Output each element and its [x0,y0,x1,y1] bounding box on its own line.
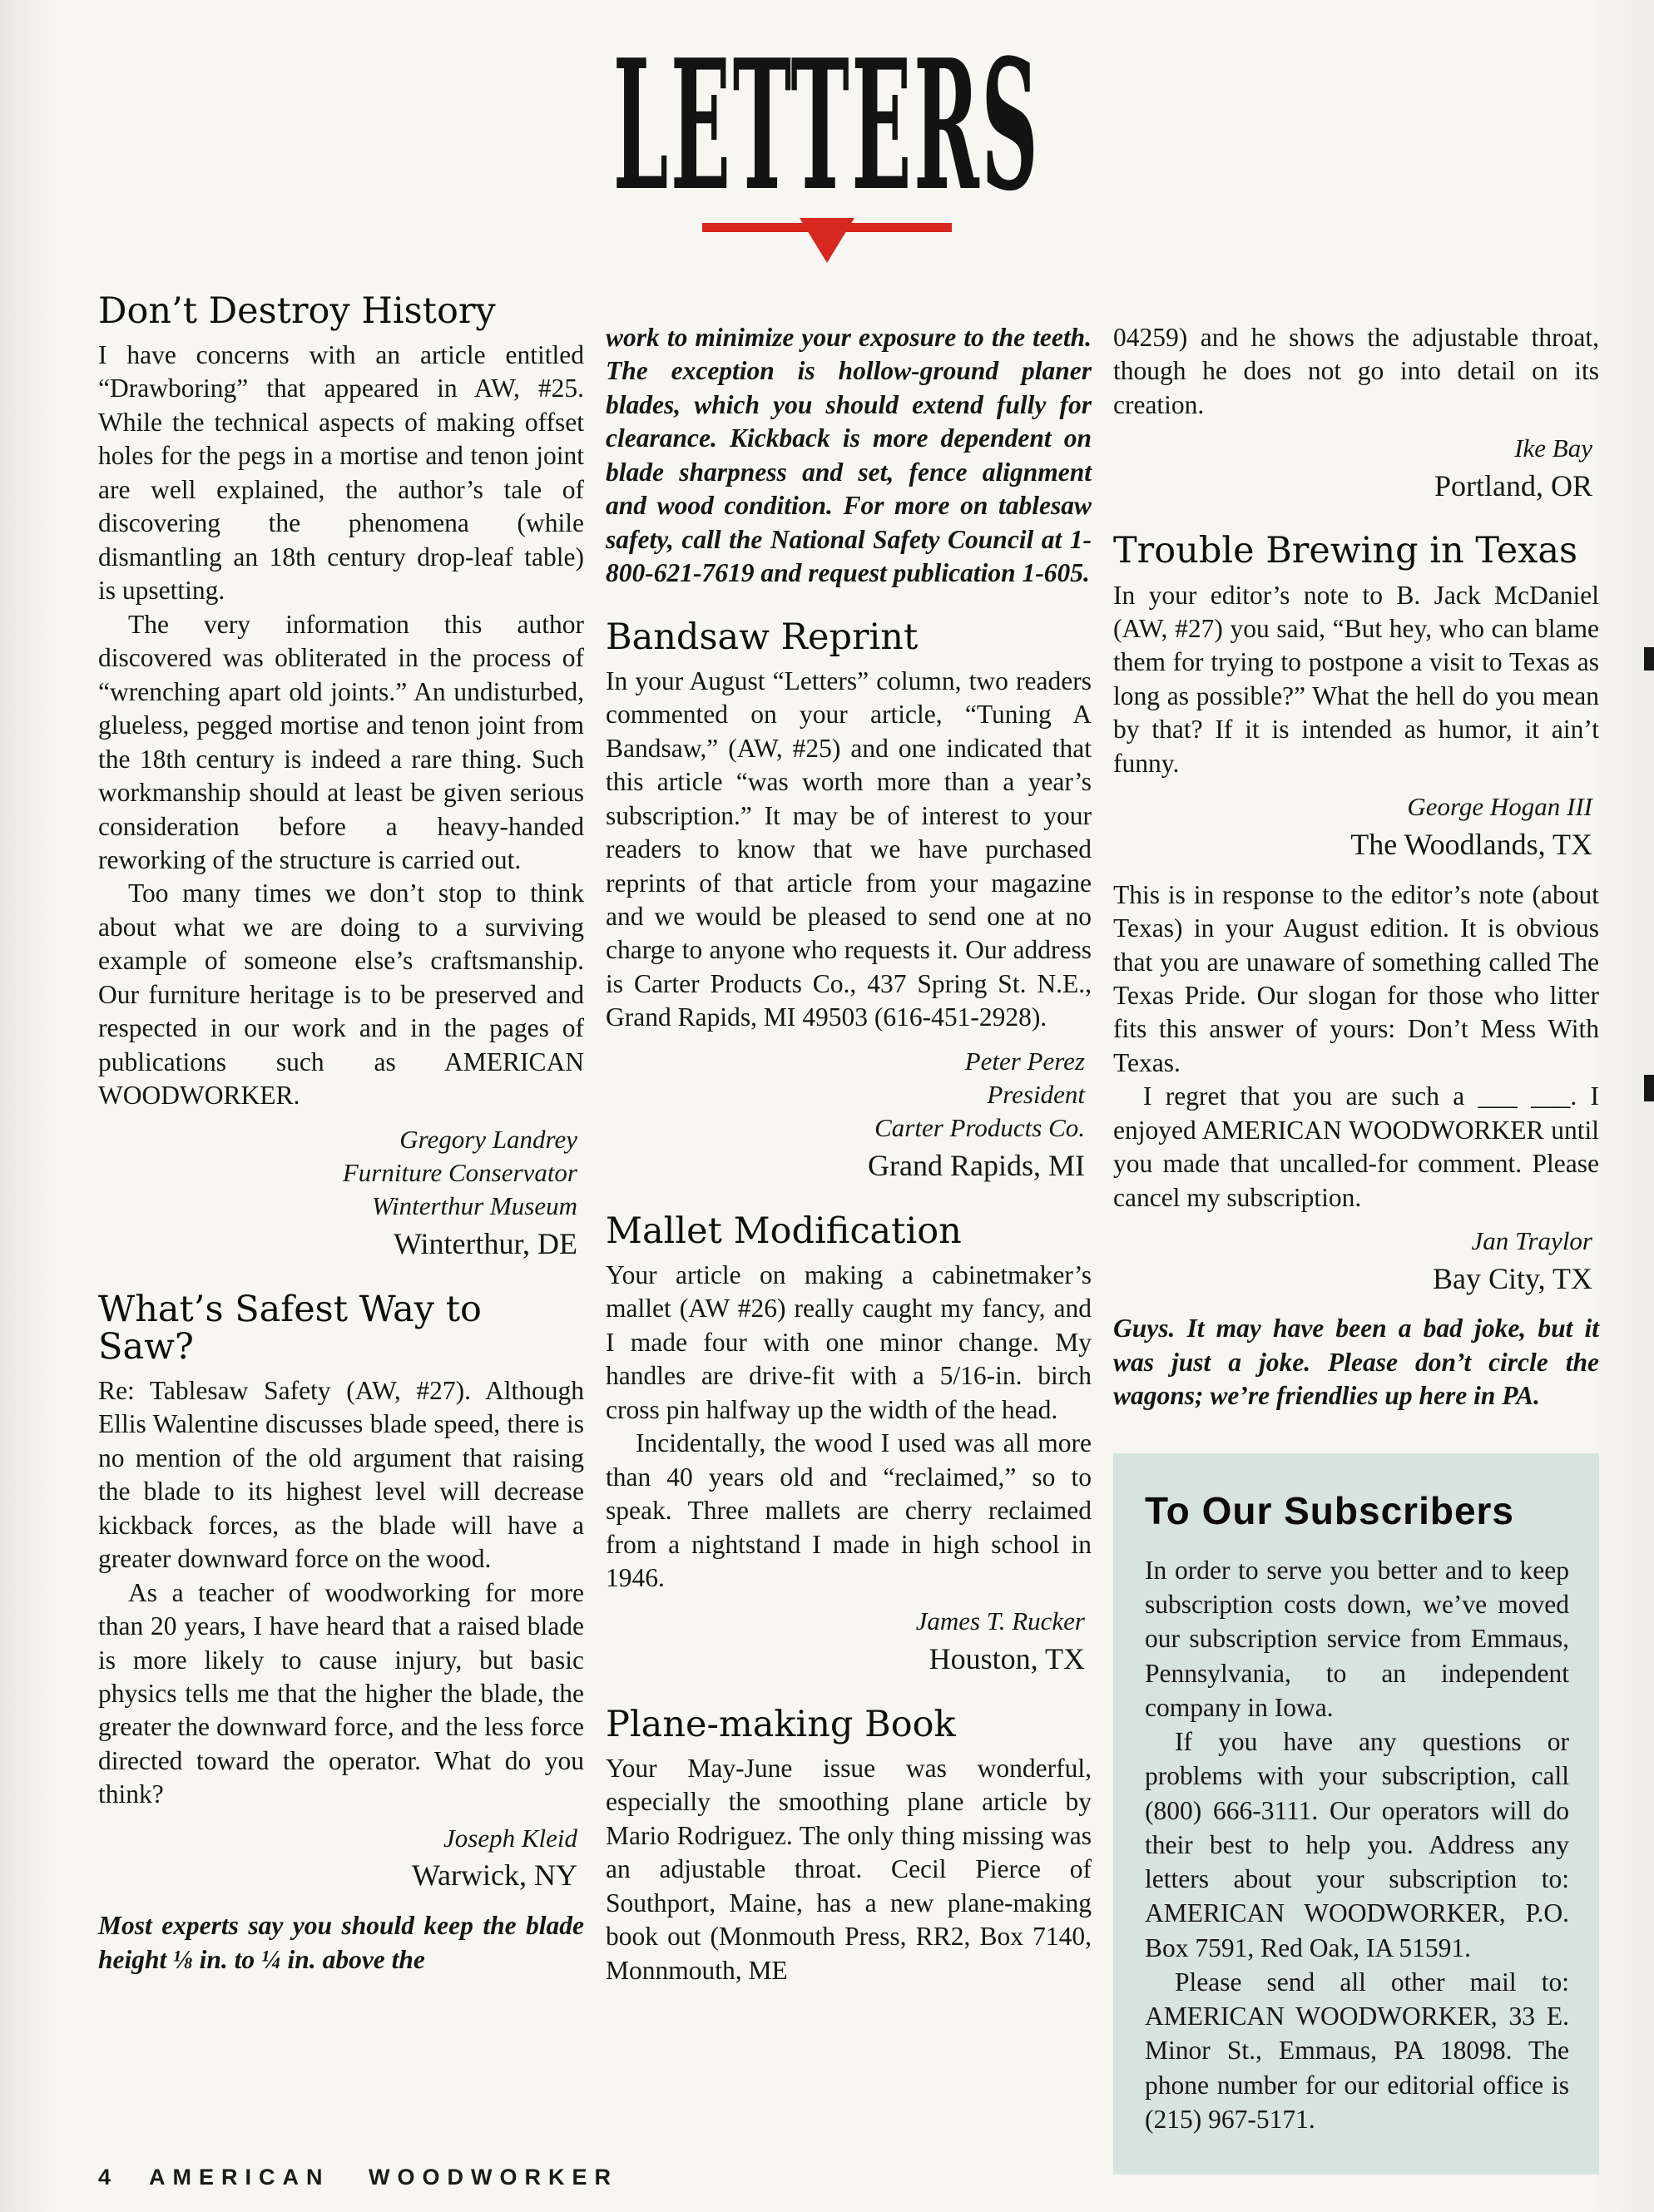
signature-block: Peter Perez President Carter Products Co… [606,1045,1085,1185]
letter-heading-dont-destroy-history: Don’t Destroy History [98,293,584,330]
letters-columns: Don’t Destroy History I have concerns wi… [0,268,1654,2175]
signature-name: Ike Bay [1113,432,1592,465]
editor-note-continued: work to minimize your exposure to the te… [606,321,1092,591]
letter-paragraph: I regret that you are such a ___ ___. I … [1113,1080,1599,1215]
page-footer: 4AMERICAN WOODWORKER [98,2165,618,2190]
column-3: 04259) and he shows the adjustable throa… [1113,293,1599,2175]
signature-name: James T. Rucker [606,1605,1085,1638]
signature-name: Jan Traylor [1113,1225,1592,1258]
to-our-subscribers-box: To Our Subscribers In order to serve you… [1113,1453,1599,2175]
signature-name: George Hogan III [1113,790,1592,824]
letter-heading-mallet-modification: Mallet Modification [606,1213,1092,1250]
masthead-rule [702,213,952,268]
signature-block: James T. Rucker Houston, TX [606,1605,1085,1677]
editor-note: Most experts say you should keep the bla… [98,1909,584,1977]
signature-city: Grand Rapids, MI [606,1148,1085,1185]
letter-heading-plane-making-book: Plane-making Book [606,1706,1092,1744]
signature-org: Carter Products Co. [606,1111,1085,1145]
signature-city: Winterthur, DE [98,1226,577,1263]
signature-block: George Hogan III The Woodlands, TX [1113,790,1592,863]
subscribers-box-paragraph: In order to serve you better and to keep… [1145,1553,1569,1725]
column-1: Don’t Destroy History I have concerns wi… [98,293,584,2175]
letter-heading-bandsaw-reprint: Bandsaw Reprint [606,619,1092,656]
subscribers-box-heading: To Our Subscribers [1145,1488,1569,1533]
signature-name: Joseph Kleid [98,1822,577,1855]
down-triangle-icon [800,218,854,263]
signature-city: Bay City, TX [1113,1261,1592,1298]
scan-artifact [1644,1075,1654,1101]
page-title: LETTERS [613,43,1041,208]
signature-name: Peter Perez [606,1045,1085,1078]
letter-paragraph: Your article on making a cabinetmaker’s … [606,1259,1092,1427]
scan-artifact [1644,647,1654,671]
column-2: work to minimize your exposure to the te… [606,293,1092,2175]
letter-paragraph: The very information this author discove… [98,608,584,878]
magazine-name: AMERICAN WOODWORKER [149,2165,618,2190]
signature-city: Warwick, NY [98,1858,577,1894]
letter-paragraph: I have concerns with an article entitled… [98,339,584,608]
letter-paragraph: Re: Tablesaw Safety (AW, #27). Although … [98,1374,584,1576]
masthead: LETTERS [0,0,1654,268]
letter-paragraph: In your August “Letters” column, two rea… [606,665,1092,1035]
signature-city: Houston, TX [606,1641,1085,1678]
letter-paragraph: This is in response to the editor’s note… [1113,878,1599,1081]
signature-org: Winterthur Museum [98,1190,577,1223]
subscribers-box-paragraph: Please send all other mail to: AMERICAN … [1145,1965,1569,2136]
letter-paragraph: Your May-June issue was wonderful, espec… [606,1752,1092,1987]
editor-note: Guys. It may have been a bad joke, but i… [1113,1312,1599,1413]
letter-paragraph: 04259) and he shows the adjustable throa… [1113,321,1599,422]
signature-city: The Woodlands, TX [1113,827,1592,864]
letter-heading-trouble-brewing-in-texas: Trouble Brewing in Texas [1113,532,1599,570]
signature-block: Jan Traylor Bay City, TX [1113,1225,1592,1297]
signature-block: Gregory Landrey Furniture Conservator Wi… [98,1123,577,1263]
signature-block: Joseph Kleid Warwick, NY [98,1822,577,1894]
letter-paragraph: Too many times we don’t stop to think ab… [98,877,584,1112]
page-number: 4 [98,2165,111,2190]
signature-role: President [606,1078,1085,1111]
letter-heading-whats-safest-way-to-saw: What’s Safest Way to Saw? [98,1291,584,1366]
signature-city: Portland, OR [1113,468,1592,505]
signature-role: Furniture Conservator [98,1156,577,1190]
signature-block: Ike Bay Portland, OR [1113,432,1592,504]
signature-name: Gregory Landrey [98,1123,577,1156]
letter-paragraph: As a teacher of woodworking for more tha… [98,1576,584,1812]
letter-paragraph: Incidentally, the wood I used was all mo… [606,1427,1092,1595]
subscribers-box-paragraph: If you have any questions or problems wi… [1145,1725,1569,1965]
letter-paragraph: In your editor’s note to B. Jack McDanie… [1113,579,1599,781]
